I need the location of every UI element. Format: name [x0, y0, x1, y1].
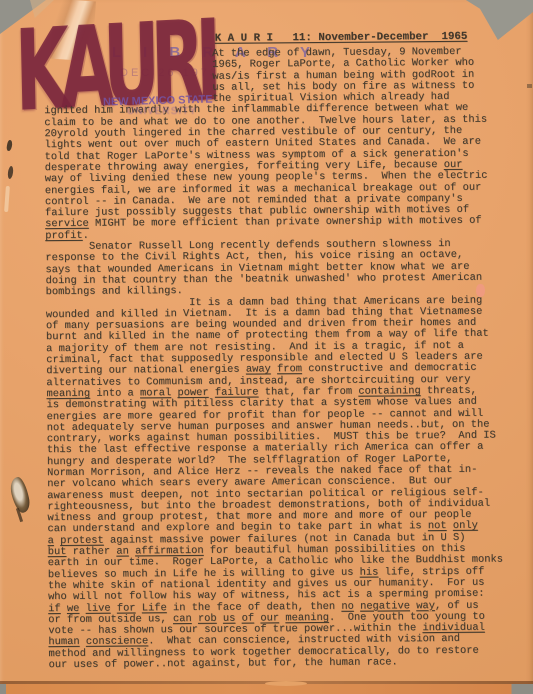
page-edge-bump [265, 681, 307, 686]
text-line: our uses of power..not against, but for,… [49, 656, 531, 671]
university-stamp: UNIVERSITY [127, 106, 197, 117]
scanned-newsletter-page: L I B R A R Y DEC 26 1973 KAURI NEW MEXI… [0, 0, 533, 694]
body-text: At the edge of dawn, Tuesday, 9 November… [44, 46, 531, 671]
typed-content: K A U R I 11: November-December 1965 At … [0, 0, 533, 694]
edge-mark [527, 84, 532, 88]
masthead-title: K A U R I 11: November-December 1965 [215, 31, 468, 45]
page-bottom-edge [0, 684, 533, 694]
pink-smudge [476, 284, 485, 297]
